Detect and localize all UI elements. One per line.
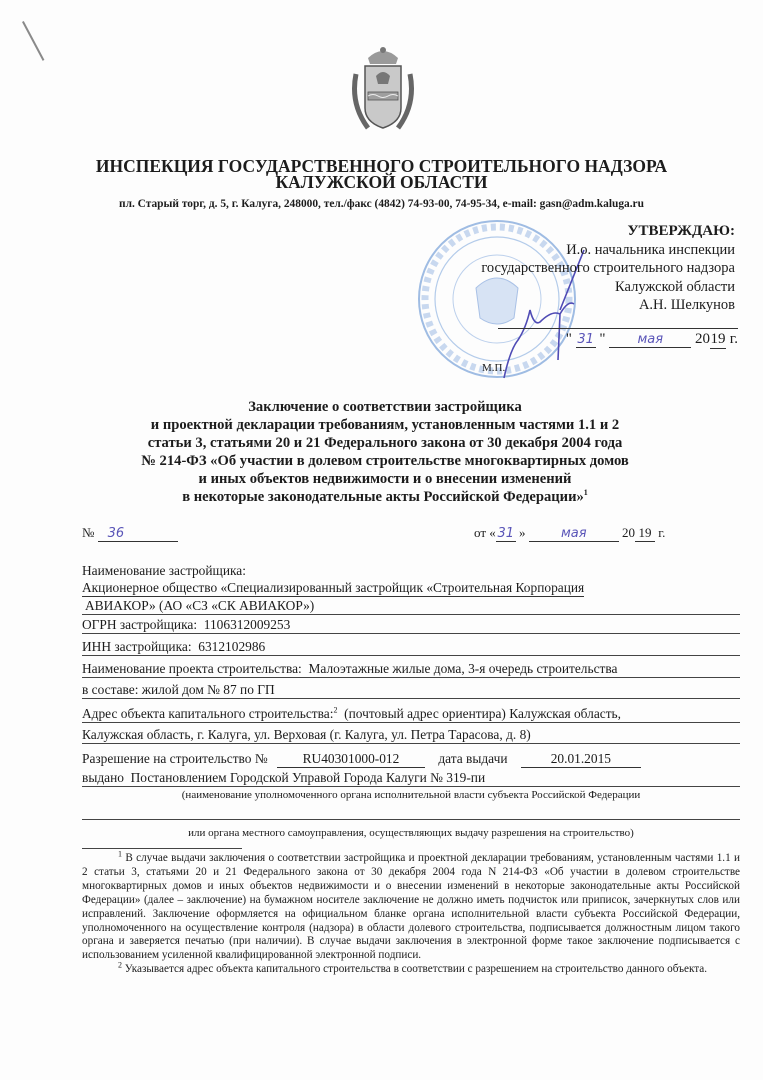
issue-date: 20.01.2015 [521, 750, 641, 768]
footnote-mark: 1 [118, 849, 122, 858]
approval-date: " 31 " мая 2019 г. [498, 328, 738, 349]
conclusion-title-line: и иных объектов недвижимости и о внесени… [80, 470, 690, 488]
address-label: Адрес объекта капитального строительства… [82, 706, 333, 721]
footnote-ref: 1 [584, 488, 588, 497]
coat-of-arms-icon [348, 44, 418, 136]
date-from-label: от « [474, 525, 496, 540]
approval-year-unit: г. [730, 331, 738, 347]
permit-label: Разрешение на строительство № [82, 751, 268, 766]
issuer-note-2: или органа местного самоуправления, осущ… [82, 827, 740, 839]
issued-by-label: выдано [82, 770, 124, 785]
approval-signer: А.Н. Шелкунов [415, 296, 735, 315]
date-year-prefix: 20 [622, 525, 635, 540]
approval-line: государственного строительного надзора [415, 259, 735, 278]
inn-label: ИНН застройщика: [82, 639, 192, 654]
approval-line: И.о. начальника инспекции [415, 241, 735, 260]
conclusion-title-line: в некоторые законодательные акты Российс… [182, 489, 584, 505]
project-value-line-1: Малоэтажные жилые дома, 3-я очередь стро… [308, 661, 617, 676]
pen-stroke-mark [22, 21, 44, 61]
approval-year-suffix: 19 [710, 331, 726, 349]
ogrn-value: 1106312009253 [204, 617, 291, 632]
footnote-text: В случае выдачи заключения о соответстви… [82, 852, 740, 961]
footnote-mark: 2 [118, 961, 122, 970]
issue-date-label: дата выдачи [438, 751, 507, 766]
stamp-place-label: М.П. [482, 362, 505, 374]
org-title-line-2: КАЛУЖСКОЙ ОБЛАСТИ [0, 174, 763, 190]
approval-block: УТВЕРЖДАЮ: И.о. начальника инспекции гос… [415, 222, 735, 315]
date-close-quote: » [519, 525, 526, 540]
inn-value: 6312102986 [198, 639, 265, 654]
footnote-2: 2 Указывается адрес объекта капитального… [82, 963, 740, 977]
address-value-line-2: Калужская область, г. Калуга, ул. Верхов… [82, 727, 531, 742]
footnote-1: 1 В случае выдачи заключения о соответст… [82, 852, 740, 963]
approval-heading: УТВЕРЖДАЮ: [415, 222, 735, 241]
date-year-unit: г. [658, 525, 665, 540]
footnotes: 1 В случае выдачи заключения о соответст… [82, 852, 740, 977]
conclusion-title-line: Заключение о соответствии застройщика [80, 398, 690, 416]
conclusion-title-line: № 214-ФЗ «Об участии в долевом строитель… [80, 452, 690, 470]
footnote-text: Указывается адрес объекта капитального с… [125, 963, 707, 975]
address-value-line-1: (почтовый адрес ориентира) Калужская обл… [344, 706, 621, 721]
footnote-ref: 2 [333, 706, 337, 715]
approval-date-month: мая [609, 332, 691, 348]
number-label: № [82, 525, 94, 540]
approval-year-prefix: 20 [695, 331, 710, 347]
approval-line: Калужской области [415, 278, 735, 297]
permit-number: RU40301000-012 [277, 750, 425, 768]
conclusion-title-line: статьи 3, статьями 20 и 21 Федерального … [80, 434, 690, 452]
date-day: 31 [496, 526, 516, 542]
org-address: пл. Старый торг, д. 5, г. Калуга, 248000… [0, 198, 763, 210]
conclusion-title-line: и проектной декларации требованиям, уста… [80, 416, 690, 434]
issuer-note-1: (наименование уполномоченного органа исп… [82, 789, 740, 801]
ogrn-label: ОГРН застройщика: [82, 617, 197, 632]
issued-by-value: Постановлением Городской Управой Города … [131, 770, 486, 785]
developer-name-line-1: Акционерное общество «Специализированный… [82, 579, 584, 597]
date-month: мая [529, 526, 619, 542]
approval-date-day: 31 [576, 332, 596, 348]
footnote-separator [82, 848, 242, 849]
date-year-suffix: 19 [635, 525, 655, 542]
document-number: 36 [98, 526, 178, 542]
document-number-line: № 36 от «31 » мая 2019 г. [82, 525, 742, 542]
project-value-line-2: в составе: жилой дом № 87 по ГП [82, 682, 275, 697]
developer-name-line-2: АВИАКОР» (АО «СЗ «СК АВИАКОР») [82, 598, 314, 613]
developer-label: Наименование застройщика: [82, 562, 740, 579]
project-label: Наименование проекта строительства: [82, 661, 302, 676]
blank-line [82, 802, 740, 820]
conclusion-title: Заключение о соответствии застройщика и … [80, 398, 690, 506]
